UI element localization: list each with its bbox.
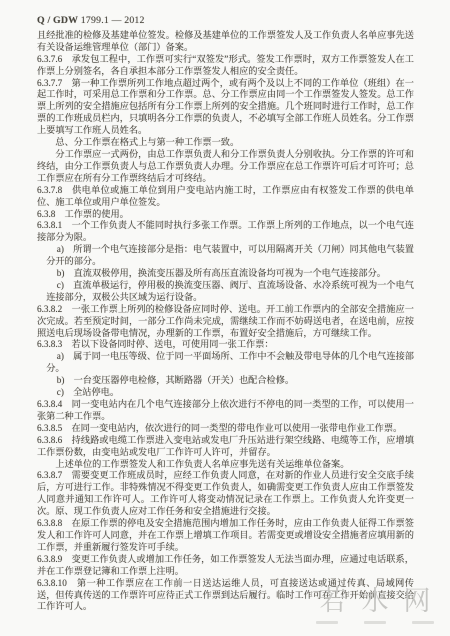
section-6-3-8-8: 6.3.8.8 在原工作票的停电及安全措施范围内增加工作任务时，应由工作负责人征… xyxy=(37,518,414,554)
section-6-3-7-8: 6.3.7.8 供电单位或施工单位到用户变电站内施工时，工作票应由有权签发工作票… xyxy=(37,185,414,209)
section-6-3-8-7: 6.3.8.7 需要变更工作班成员时，应经工作负责人同意，在对新的作业人员进行安… xyxy=(37,470,414,518)
section-6-3-8-6-note: 上述单位的工作票签发人和工作负责人名单应事先送有关运维单位备案。 xyxy=(37,459,414,471)
list-item-6-3-8-1-b: b) 直流双极停用，换流变压器及所有高压直流设备均可视为一个电气连接部分。 xyxy=(37,268,414,280)
standard-code-header: Q / GDW 1799.1 — 2012 xyxy=(37,15,414,27)
section-6-3-8-9: 6.3.8.9 变更工作负责人或增加工作任务，如工作票签发人无法当面办理，应通过… xyxy=(37,554,414,578)
section-6-3-7-7-note1: 总、分工作票在格式上与第一种工作票一致。 xyxy=(37,137,414,149)
section-6-3-8-3: 6.3.8.3 若以下设备同时停、送电，可使用同一张工作票： xyxy=(37,339,414,351)
section-6-3-8-4: 6.3.8.4 同一变电站内在几个电气连接部分上依次进行不停电的同一类型的工作，… xyxy=(37,399,414,423)
section-6-3-8-2: 6.3.8.2 一张工作票上所列的检修设备应同时停、送电。开工前工作票内的全部安… xyxy=(37,304,414,340)
page-content: Q / GDW 1799.1 — 2012 且经批准的检修及基建单位签发。检修及… xyxy=(37,15,414,613)
list-item-6-3-8-3-b: b) 一台变压器停电检修，其断路器（开关）也配合检修。 xyxy=(37,375,414,387)
section-6-3-7-7: 6.3.7.7 第一种工作票所列工作地点超过两个，或有两个及以上不同的工作单位（… xyxy=(37,78,414,138)
section-6-3-8-heading: 6.3.8 工作票的使用。 xyxy=(37,209,414,221)
list-item-6-3-8-3-c: c) 全站停电。 xyxy=(37,387,414,399)
section-6-3-7-6: 6.3.7.6 承发包工程中，工作票可实行“双签发”形式。签发工作票时，双方工作… xyxy=(37,54,414,78)
watermark: 若水网 xyxy=(310,579,440,624)
list-item-6-3-8-1-c: c) 直流单极运行，停用极的换流变压器、阀厅、直流场设备、水冷系统可视为一个电气… xyxy=(37,280,414,304)
section-6-3-8-1: 6.3.8.1 一个工作负责人不能同时执行多张工作票。工作票上所列的工作地点，以… xyxy=(37,220,414,244)
list-item-6-3-8-3-a: a) 属于同一电压等级、位于同一平面场所、工作中不会触及带电导体的几个电气连接部… xyxy=(37,351,414,375)
section-6-3-8-6: 6.3.8.6 持线路或电缆工作票进入变电站或发电厂升压站进行架空线路、电缆等工… xyxy=(37,435,414,459)
section-6-3-8-5: 6.3.8.5 在同一变电站内，依次进行的同一类型的带电作业可以使用一张带电作业… xyxy=(37,423,414,435)
watermark-text: 若水网 xyxy=(310,579,450,618)
document-page: Q / GDW 1799.1 — 2012 且经批准的检修及基建单位签发。检修及… xyxy=(0,0,450,636)
para-continuation: 且经批准的检修及基建单位签发。检修及基建单位的工作票签发人及工作负责人名单应事先… xyxy=(37,30,414,54)
standard-prefix: Q / GDW xyxy=(37,15,78,26)
standard-number: 1799.1 — 2012 xyxy=(81,15,145,26)
list-item-6-3-8-1-a: a) 所谓一个电气连接部分是指：电气装置中，可以用隔离开关（刀闸）同其他电气装置… xyxy=(37,244,414,268)
section-6-3-7-7-note2: 分工作票应一式两份，由总工作票负责人和分工作票负责人分别收执。分工作票的许可和终… xyxy=(37,149,414,185)
watermark-subtext xyxy=(310,621,440,624)
